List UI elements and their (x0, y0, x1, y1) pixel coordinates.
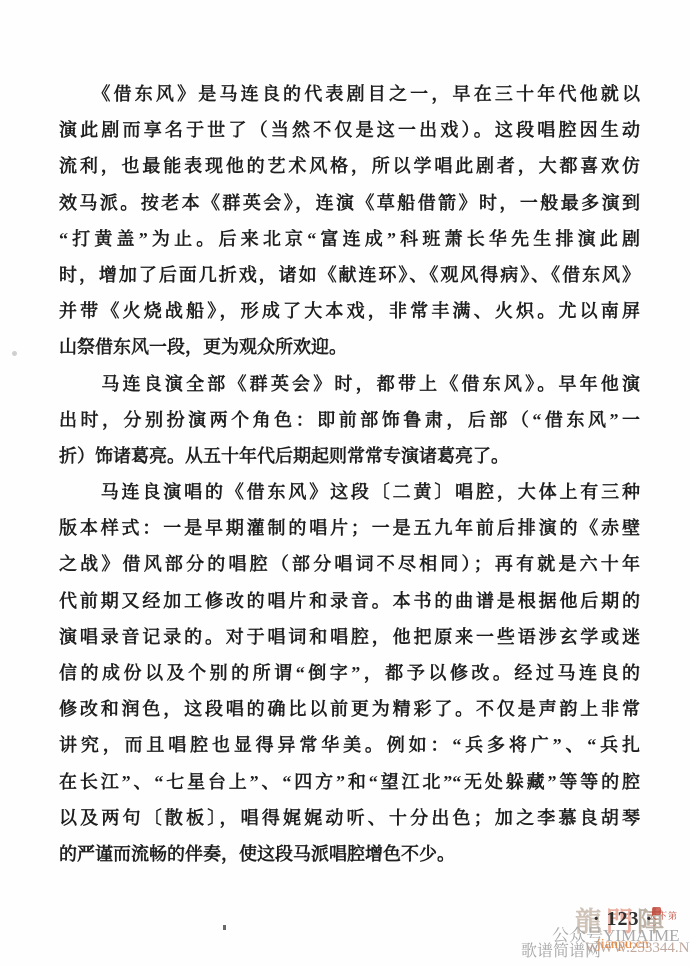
text-line: 流利，也最能表现他的艺术风格，所以学唱此剧者，大都喜欢仿 (59, 148, 640, 184)
page-number: · 123 · (583, 908, 663, 931)
text-line: 之战》借风部分的唱腔（部分唱词不尽相同）；再有就是六十年 (59, 546, 640, 582)
longmen-char: 門 (606, 907, 637, 937)
text-line: “打黄盖”为止。后来北京“富连成”科班萧长华先生排演此剧 (59, 221, 640, 257)
text-line: 折）饰诸葛亮。从五十年代后期起则常常专演诸葛亮了。 (59, 438, 640, 474)
text-line: 讲究，而且唱腔也显得异常华美。例如：“兵多将广”、“兵扎 (59, 727, 640, 763)
longmen-char: 龍 (575, 907, 606, 937)
text-line: 出时，分别扮演两个角色：即前部饰鲁肃，后部（“借东风”一 (59, 402, 640, 438)
jianpu-watermark: jianpu.cn (597, 937, 649, 953)
text-line: 代前期又经加工修改的唱片和录音。本书的曲谱是根据他后期的 (59, 583, 640, 619)
longmen-char: 陣 (637, 907, 668, 937)
text-line: 在长江”、“七星台上”、“四方”和“望江北”“无处躲藏”等等的腔 (59, 764, 640, 800)
text-line: 效马派。按老本《群英会》，连演《草船借箭》时，一般最多演到 (59, 185, 640, 221)
text-line: 山祭借东风一段，更为观众所欢迎。 (59, 329, 640, 365)
text-line: 演唱录音记录的。对于唱词和唱腔，他把原来一些语涉玄学或迷 (59, 619, 640, 655)
text-line: 版本样式：一是早期灌制的唱片；一是五九年前后排演的《赤壁 (59, 510, 640, 546)
text-line: 马连良演唱的《借东风》这段〔二黄〕唱腔，大体上有三种 (59, 474, 640, 510)
text-line: 并带《火烧战船》，形成了大本戏，非常丰满、火炽。尤以南屏 (59, 293, 640, 329)
text-line: 马连良演全部《群英会》时，都带上《借东风》。早年他演 (59, 366, 640, 402)
red-seal-icon (652, 907, 661, 915)
text-line: 时，增加了后面几折戏，诸如《献连环》、《观风得病》、《借东风》 (59, 257, 640, 293)
text-line: 演此剧而享名于世了（当然不仅是这一出戏）。这段唱腔因生动 (59, 112, 640, 148)
seal-text: 天下第一 (648, 911, 682, 931)
gepu-site-watermark: 歌谱简谱网 (521, 938, 601, 961)
scan-speck (223, 925, 226, 930)
text-line: 修改和润色，这段唱的确比以前更为精彩了。不仅是声韵上非常 (59, 691, 640, 727)
longmenzhen-watermark: 龍門陣 (575, 900, 668, 939)
body-text: 《借东风》是马连良的代表剧目之一，早在三十年代他就以 演此剧而享名于世了（当然不… (59, 76, 640, 872)
text-line: 以及两句〔散板〕，唱得娓娓动听、十分出色；加之李慕良胡琴 (59, 800, 640, 836)
scan-speck (12, 351, 17, 356)
text-line: 的严谨而流畅的伴奏，使这段马派唱腔增色不少。 (59, 836, 640, 872)
url-watermark: WWW.253344.NET (585, 940, 690, 957)
text-line: 信的成份以及个别的所谓“倒字”，都予以修改。经过马连良的 (59, 655, 640, 691)
text-line: 《借东风》是马连良的代表剧目之一，早在三十年代他就以 (59, 76, 640, 112)
scanned-book-page: 《借东风》是马连良的代表剧目之一，早在三十年代他就以 演此剧而享名于世了（当然不… (0, 0, 690, 967)
yimaime-watermark: 公众号YIMAIME (552, 921, 680, 946)
